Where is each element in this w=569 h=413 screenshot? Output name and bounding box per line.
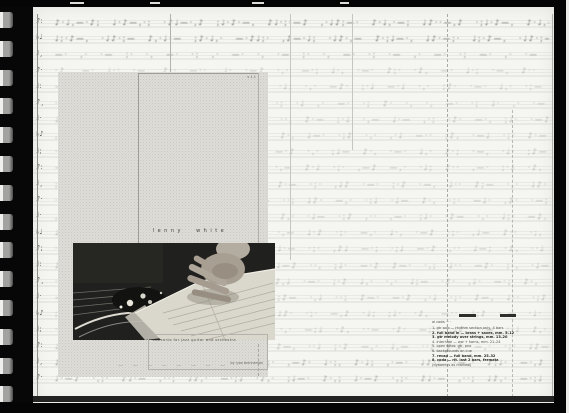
binding-tab [0, 70, 13, 86]
binding-tab [0, 185, 13, 201]
measure-barline [290, 14, 291, 260]
cover-top-rule [138, 73, 259, 74]
bright-dot [160, 292, 162, 294]
scan-edge-bottom [0, 403, 569, 413]
binding-tab [0, 12, 13, 28]
bright-knob [127, 300, 133, 306]
cover-title: lenny white [124, 228, 256, 234]
photo-illustration [73, 243, 275, 340]
scan-artifact [252, 2, 264, 4]
cover-vertical-rule-left [138, 73, 139, 243]
bright-knob [140, 293, 145, 298]
binding-tab [0, 329, 13, 345]
system-barline [37, 14, 38, 397]
note-smudges: —· ,· ·— ;· ·, —· ·; ,· —· ·, ·— ;· ·, —… [55, 50, 549, 59]
binding-tab [0, 127, 13, 143]
annotation-header: al coda · · · [432, 320, 451, 324]
binding-tab [0, 271, 13, 287]
note-smudges: ♩;·♪—, ·♩♪·;— ♪,·♩·— ;♪·♩,· —·♪♩;· ,♪—·♩… [55, 34, 549, 43]
cover-photo [73, 243, 275, 340]
scan-edge-right [554, 0, 566, 413]
measure-barline [352, 14, 353, 150]
bright-dot [120, 306, 123, 309]
cover-caption-byline: by ryan brenneman [183, 361, 263, 365]
binding-tab [0, 358, 13, 374]
cover-caption-title: concerto for jazz guitar and orchestra [153, 338, 265, 342]
bright-knob [148, 300, 152, 304]
score-page: ♪:♪·♩,—·♪; ♩·♪—,·; ·♪♩—·,♪ ;♩·♪·—, ♪♩·;·… [33, 7, 554, 403]
scan-artifact [70, 2, 84, 4]
beam-mark [500, 314, 516, 317]
staff-row: ♩¸—· ,· ·— ;· ·, —· ·; ,· —· ·, ·— ;· ·,… [33, 48, 554, 62]
binding-tab [0, 156, 13, 172]
comb-binding [0, 0, 33, 413]
measure-barline [170, 14, 171, 72]
binding-tab [0, 41, 13, 57]
binding-tab [0, 242, 13, 258]
note-smudges: ♪·♩,—·♪; ♩·♪—,·; ·♪♩—·,♪ ;♩·♪·—, ♪♩·;·—♪… [55, 18, 549, 27]
scan-artifact [340, 2, 349, 4]
annotation-line: (dynamics as marked) [432, 363, 562, 368]
scan-artifact [150, 2, 160, 4]
staff-row: ♭♩♩;·♪—, ·♩♪·;— ♪,·♩·— ;♪·♩,· —·♪♩;· ,♪—… [33, 32, 554, 46]
binding-tab [0, 386, 13, 402]
page-bottom-rule [33, 396, 554, 402]
cover-caption-box: concerto for jazz guitar and orchestra b… [148, 334, 268, 370]
beam-mark [459, 314, 476, 317]
scanned-score-page: ♪:♪·♩,—·♪; ♩·♪—,·; ·♪♩—·,♪ ;♩·♪·—, ♪♩·;·… [0, 0, 569, 413]
cover-vertical-rule-right [258, 73, 259, 243]
binding-tab [0, 98, 13, 114]
binding-tab [0, 214, 13, 230]
staff-row: ♪:♪·♩,—·♪; ♩·♪—,·; ·♪♩—·,♪ ;♩·♪·—, ♪♩·;·… [33, 16, 554, 30]
cover-corner-label: v 1.1 [208, 75, 256, 79]
binding-tab [0, 300, 13, 316]
scan-edge-top [0, 0, 569, 7]
annotation-lines: 1. gtr solo — rhythm section only, 4 bar… [432, 326, 562, 367]
